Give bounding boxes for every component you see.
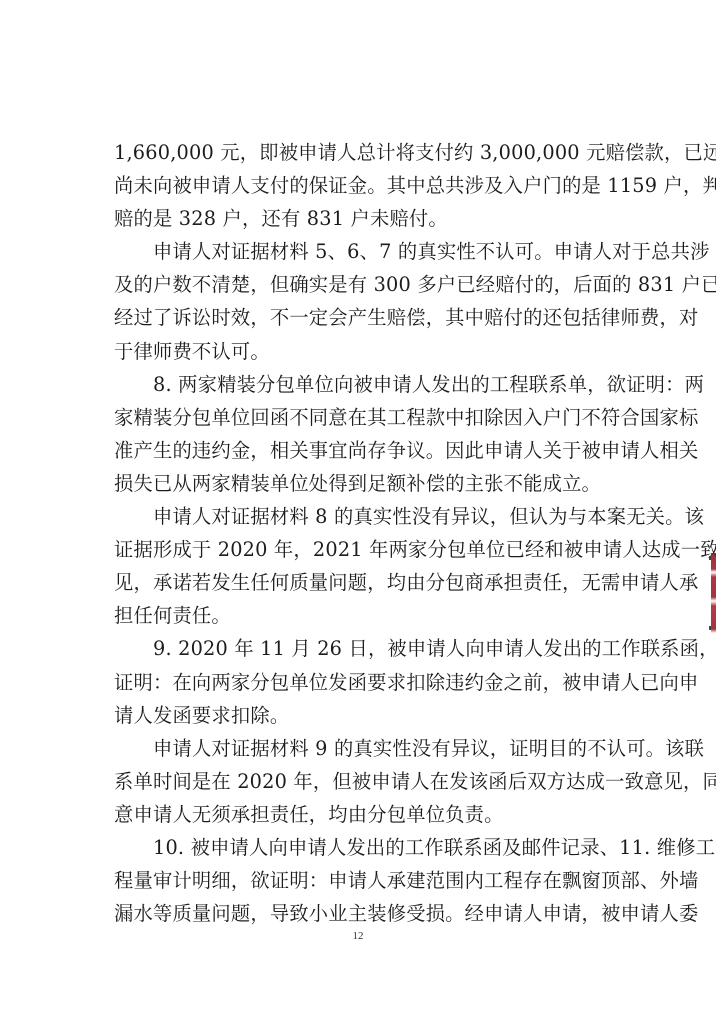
text-line: 意申请人无须承担责任，均由分包单位负责。	[114, 798, 632, 831]
text-line: 系单时间是在 2020 年，但被申请人在发该函后双方达成一致意见，同	[114, 765, 632, 798]
text-line: 见，承诺若发生任何质量问题，均由分包商承担责任，无需申请人承	[114, 566, 632, 599]
seal-stamp-fragment	[711, 553, 716, 633]
text-line: 1,660,000 元，即被申请人总计将支付约 3,000,000 元赔偿款，已…	[114, 136, 632, 169]
text-line: 8. 两家精装分包单位向被申请人发出的工程联系单，欲证明：两	[114, 368, 632, 401]
text-line: 于律师费不认可。	[114, 335, 632, 368]
text-line: 9. 2020 年 11 月 26 日，被申请人向申请人发出的工作联系函，欲	[114, 632, 632, 665]
text-line: 及的户数不清楚，但确实是有 300 多户已经赔付的，后面的 831 户已	[114, 268, 632, 301]
text-line: 漏水等质量问题，导致小业主装修受损。经申请人申请，被申请人委	[114, 897, 632, 930]
text-line: 损失已从两家精装单位处得到足额补偿的主张不能成立。	[114, 467, 632, 500]
text-line: 经过了诉讼时效，不一定会产生赔偿，其中赔付的还包括律师费，对	[114, 301, 632, 334]
text-line: 准产生的违约金，相关事宜尚存争议。因此申请人关于被申请人相关	[114, 434, 632, 467]
text-line: 家精装分包单位回函不同意在其工程款中扣除因入户门不符合国家标	[114, 401, 632, 434]
page-number: 12	[0, 930, 716, 942]
text-line: 请人发函要求扣除。	[114, 699, 632, 732]
text-line: 申请人对证据材料 5、6、7 的真实性不认可。申请人对于总共涉	[114, 235, 632, 268]
seal-edge-mark	[709, 556, 711, 560]
document-page: 1,660,000 元，即被申请人总计将支付约 3,000,000 元赔偿款，已…	[0, 0, 716, 1024]
text-line: 程量审计明细，欲证明：申请人承建范围内工程存在飘窗顶部、外墙	[114, 864, 632, 897]
text-line: 证明：在向两家分包单位发函要求扣除违约金之前，被申请人已向申	[114, 666, 632, 699]
text-line: 担任何责任。	[114, 599, 632, 632]
text-line: 申请人对证据材料 8 的真实性没有异议，但认为与本案无关。该	[114, 500, 632, 533]
text-line: 赔的是 328 户，还有 831 户未赔付。	[114, 202, 632, 235]
text-line: 证据形成于 2020 年，2021 年两家分包单位已经和被申请人达成一致意	[114, 533, 632, 566]
body-text: 1,660,000 元，即被申请人总计将支付约 3,000,000 元赔偿款，已…	[114, 136, 632, 930]
text-line: 申请人对证据材料 9 的真实性没有异议，证明目的不认可。该联	[114, 732, 632, 765]
text-line: 尚未向被申请人支付的保证金。其中总共涉及入户门的是 1159 户，判	[114, 169, 632, 202]
text-line: 10. 被申请人向申请人发出的工作联系函及邮件记录、11. 维修工	[114, 831, 632, 864]
seal-edge-mark	[709, 626, 711, 630]
